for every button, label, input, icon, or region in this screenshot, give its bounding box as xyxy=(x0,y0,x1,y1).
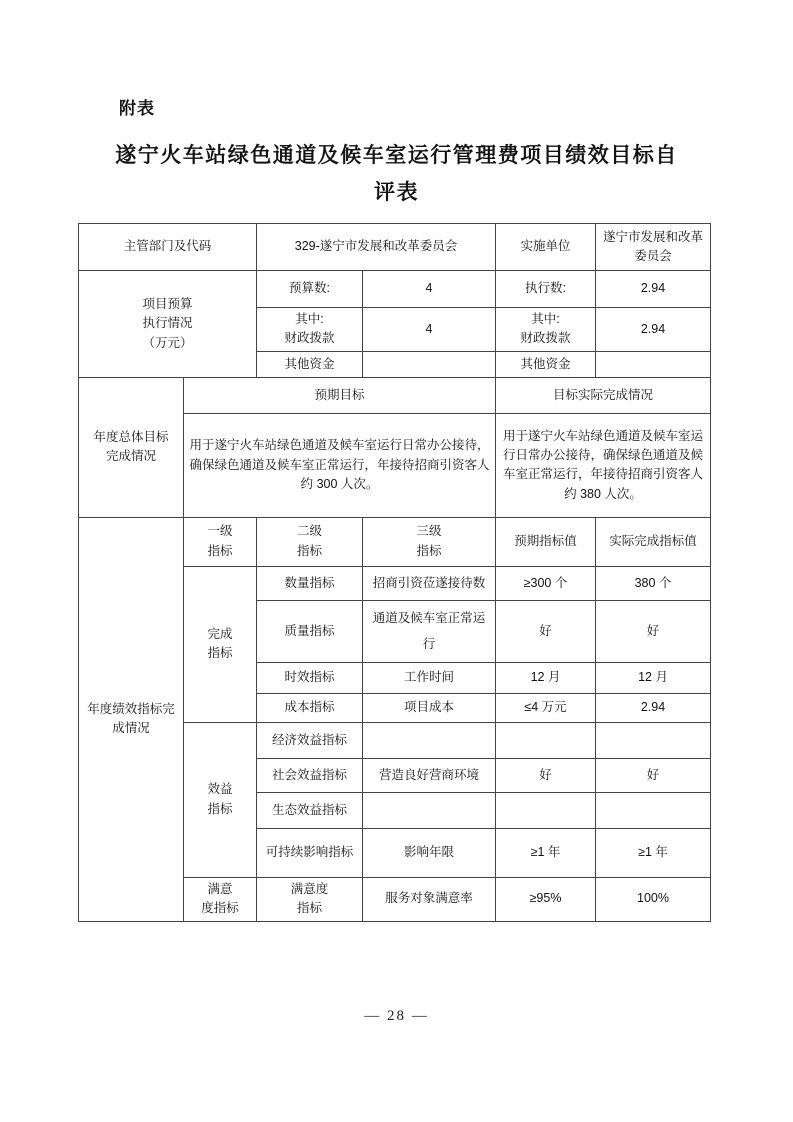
fiscal-budget-label-cell: 其中: 财政拨款 xyxy=(257,308,363,352)
actual-goal-text-cell: 用于遂宁火车站绿色通道及候车室运行日常办公接待，确保绿色通道及候车室正常运行，年… xyxy=(496,413,711,517)
expected-goal-text-cell: 用于遂宁火车站绿色通道及候车室运行日常办公接待，确保绿色通道及候车室正常运行，年… xyxy=(184,413,496,517)
expected-cell: 12 月 xyxy=(496,662,596,693)
actual-value-header-cell: 实际完成指标值 xyxy=(596,517,711,566)
page-number: — 28 — xyxy=(0,1008,793,1025)
level2-cell: 时效指标 xyxy=(257,662,363,693)
expected-value-header-cell: 预期指标值 xyxy=(496,517,596,566)
fiscal-exec-label-cell: 其中: 财政拨款 xyxy=(496,308,596,352)
page-title: 遂宁火车站绿色通道及候车室运行管理费项目绩效目标自评表 xyxy=(108,137,686,211)
level2-cell: 可持续影响指标 xyxy=(257,828,363,877)
expected-cell: ≤4 万元 xyxy=(496,693,596,722)
group-satisfaction-cell: 满意 度指标 xyxy=(184,877,257,921)
expected-cell: ≥1 年 xyxy=(496,828,596,877)
indicator-section-label-cell: 年度绩效指标完成情况 xyxy=(79,517,184,921)
fiscal-budget-value-cell: 4 xyxy=(363,308,496,352)
actual-cell: 380 个 xyxy=(596,566,711,600)
actual-goal-header-cell: 目标实际完成情况 xyxy=(496,377,711,413)
level3-cell: 通道及候车室正常运行 xyxy=(363,600,496,662)
level2-cell: 成本指标 xyxy=(257,693,363,722)
level3-cell: 营造良好营商环境 xyxy=(363,758,496,792)
attachment-label: 附表 xyxy=(119,94,155,119)
level1-header-cell: 一级 指标 xyxy=(184,517,257,566)
level2-cell: 经济效益指标 xyxy=(257,722,363,758)
other-budget-label-cell: 其他资金 xyxy=(257,351,363,377)
exec-amount-value-cell: 2.94 xyxy=(596,271,711,308)
document-page: 附表 遂宁火车站绿色通道及候车室运行管理费项目绩效目标自评表 主管部门及代码 3… xyxy=(0,0,793,1122)
expected-cell: 好 xyxy=(496,758,596,792)
level3-cell: 影响年限 xyxy=(363,828,496,877)
expected-cell: ≥95% xyxy=(496,877,596,921)
annual-goal-section-label-cell: 年度总体目标 完成情况 xyxy=(79,377,184,517)
actual-cell xyxy=(596,792,711,828)
expected-cell: 好 xyxy=(496,600,596,662)
level3-cell: 项目成本 xyxy=(363,693,496,722)
level3-cell xyxy=(363,792,496,828)
expected-cell xyxy=(496,792,596,828)
level2-cell: 生态效益指标 xyxy=(257,792,363,828)
dept-label-cell: 主管部门及代码 xyxy=(79,224,257,271)
group-completion-cell: 完成 指标 xyxy=(184,566,257,722)
level3-cell: 招商引资莅遂接待数 xyxy=(363,566,496,600)
actual-cell: 好 xyxy=(596,600,711,662)
level2-header-cell: 二级 指标 xyxy=(257,517,363,566)
actual-cell: 100% xyxy=(596,877,711,921)
expected-goal-header-cell: 预期目标 xyxy=(184,377,496,413)
actual-cell: ≥1 年 xyxy=(596,828,711,877)
group-benefit-cell: 效益 指标 xyxy=(184,722,257,877)
table-row-goal-header: 年度总体目标 完成情况 预期目标 目标实际完成情况 xyxy=(79,377,711,413)
level2-cell: 质量指标 xyxy=(257,600,363,662)
actual-cell xyxy=(596,722,711,758)
level2-cell: 社会效益指标 xyxy=(257,758,363,792)
unit-value-cell: 遂宁市发展和改革委员会 xyxy=(596,224,711,271)
unit-label-cell: 实施单位 xyxy=(496,224,596,271)
actual-cell: 2.94 xyxy=(596,693,711,722)
level2-cell: 满意度 指标 xyxy=(257,877,363,921)
exec-amount-label-cell: 执行数: xyxy=(496,271,596,308)
level3-cell xyxy=(363,722,496,758)
table-row-budget: 项目预算 执行情况 （万元） 预算数: 4 执行数: 2.94 xyxy=(79,271,711,308)
other-exec-value-cell xyxy=(596,351,711,377)
table-row-meta: 主管部门及代码 329-遂宁市发展和改革委员会 实施单位 遂宁市发展和改革委员会 xyxy=(79,224,711,271)
budget-amount-value-cell: 4 xyxy=(363,271,496,308)
budget-section-label-cell: 项目预算 执行情况 （万元） xyxy=(79,271,257,378)
other-exec-label-cell: 其他资金 xyxy=(496,351,596,377)
expected-cell xyxy=(496,722,596,758)
actual-cell: 好 xyxy=(596,758,711,792)
fiscal-exec-value-cell: 2.94 xyxy=(596,308,711,352)
dept-value-cell: 329-遂宁市发展和改革委员会 xyxy=(257,224,496,271)
actual-cell: 12 月 xyxy=(596,662,711,693)
level3-cell: 工作时间 xyxy=(363,662,496,693)
budget-amount-label-cell: 预算数: xyxy=(257,271,363,308)
performance-self-evaluation-table: 主管部门及代码 329-遂宁市发展和改革委员会 实施单位 遂宁市发展和改革委员会… xyxy=(78,223,711,922)
level3-header-cell: 三级 指标 xyxy=(363,517,496,566)
level2-cell: 数量指标 xyxy=(257,566,363,600)
other-budget-value-cell xyxy=(363,351,496,377)
table-row-indicator-header: 年度绩效指标完成情况 一级 指标 二级 指标 三级 指标 预期指标值 实际完成指… xyxy=(79,517,711,566)
expected-cell: ≥300 个 xyxy=(496,566,596,600)
level3-cell: 服务对象满意率 xyxy=(363,877,496,921)
